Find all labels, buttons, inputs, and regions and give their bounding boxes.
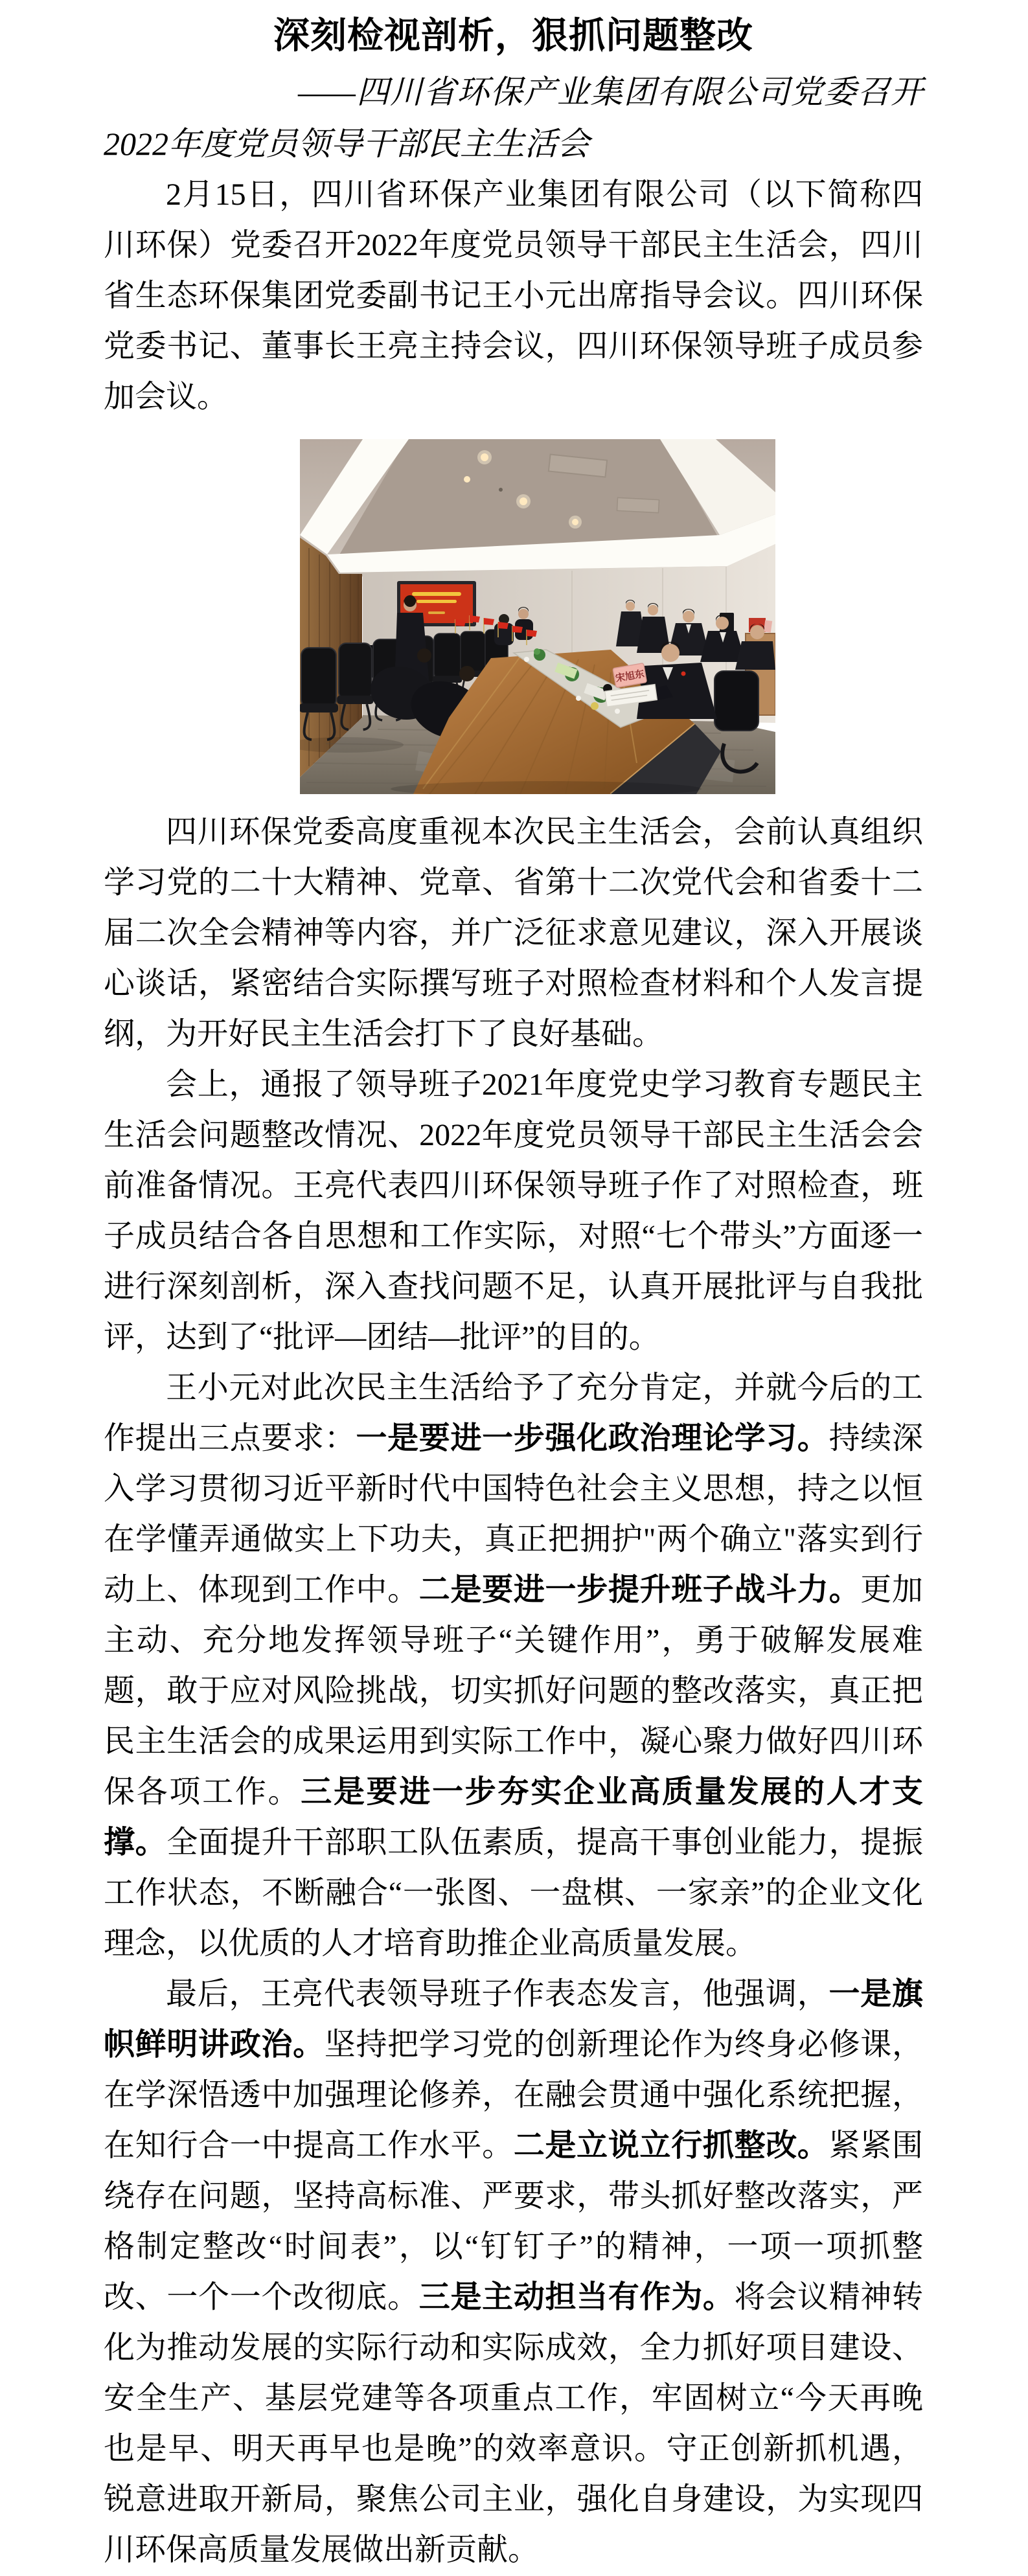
text-run: 全面提升干部职工队伍素质，提高干事创业能力，提振工作状态，不断融合“一张图、一盘… xyxy=(104,1825,923,1961)
text-run: 2月15日，四川省环保产业集团有限公司（以下简称四川环保）党委召开2022年度党… xyxy=(104,177,923,414)
bold-text-run: 三是主动担当有作为。 xyxy=(419,2280,735,2314)
text-run: 四川环保党委高度重视本次民主生活会，会前认真组织学习党的二十大精神、党章、省第十… xyxy=(104,815,923,1051)
article-title: 深刻检视剖析，狠抓问题整改 xyxy=(104,14,923,57)
text-run: 会上，通报了领导班子2021年度党史学习教育专题民主生活会问题整改情况、2022… xyxy=(104,1067,923,1354)
meeting-photo-illustration: 宋旭东 xyxy=(300,439,775,794)
paragraph: 王小元对此次民主生活给予了充分肯定，并就今后的工作提出三点要求：一是要进一步强化… xyxy=(104,1363,923,1969)
paragraph: 最后，王亮代表领导班子作表态发言，他强调，一是旗帜鲜明讲政治。坚持把学习党的创新… xyxy=(104,1969,923,2575)
paragraph: 2月15日，四川省环保产业集团有限公司（以下简称四川环保）党委召开2022年度党… xyxy=(104,170,923,422)
article-body-bottom: 四川环保党委高度重视本次民主生活会，会前认真组织学习党的二十大精神、党章、省第十… xyxy=(104,807,923,2575)
article: 深刻检视剖析，狠抓问题整改 ——四川省环保产业集团有限公司党委召开2022年度党… xyxy=(0,0,1028,2575)
ceiling xyxy=(300,439,775,582)
meeting-photo: 宋旭东 xyxy=(300,439,775,794)
document-page: 深刻检视剖析，狠抓问题整改 ——四川省环保产业集团有限公司党委召开2022年度党… xyxy=(0,0,1028,2576)
text-run: 最后，王亮代表领导班子作表态发言，他强调， xyxy=(166,1977,829,2011)
paragraph: 四川环保党委高度重视本次民主生活会，会前认真组织学习党的二十大精神、党章、省第十… xyxy=(104,807,923,1060)
article-subtitle: ——四川省环保产业集团有限公司党委召开2022年度党员领导干部民主生活会 xyxy=(104,66,923,170)
paragraph: 会上，通报了领导班子2021年度党史学习教育专题民主生活会问题整改情况、2022… xyxy=(104,1060,923,1363)
text-run: 将会议精神转化为推动发展的实际行动和实际成效，全力抓好项目建设、安全生产、基层党… xyxy=(104,2280,923,2567)
bold-text-run: 一是要进一步强化政治理论学习。 xyxy=(356,1421,828,1455)
article-body-top: 2月15日，四川省环保产业集团有限公司（以下简称四川环保）党委召开2022年度党… xyxy=(104,170,923,422)
text-run: 更加主动、充分地发挥领导班子“关键作用”，勇于破解发展难题，敢于应对风险挑战，切… xyxy=(104,1573,923,1809)
bold-text-run: 二是要进一步提升班子战斗力。 xyxy=(419,1573,861,1607)
bold-text-run: 二是立说立行抓整改。 xyxy=(514,2128,829,2163)
party-badge xyxy=(681,672,686,676)
